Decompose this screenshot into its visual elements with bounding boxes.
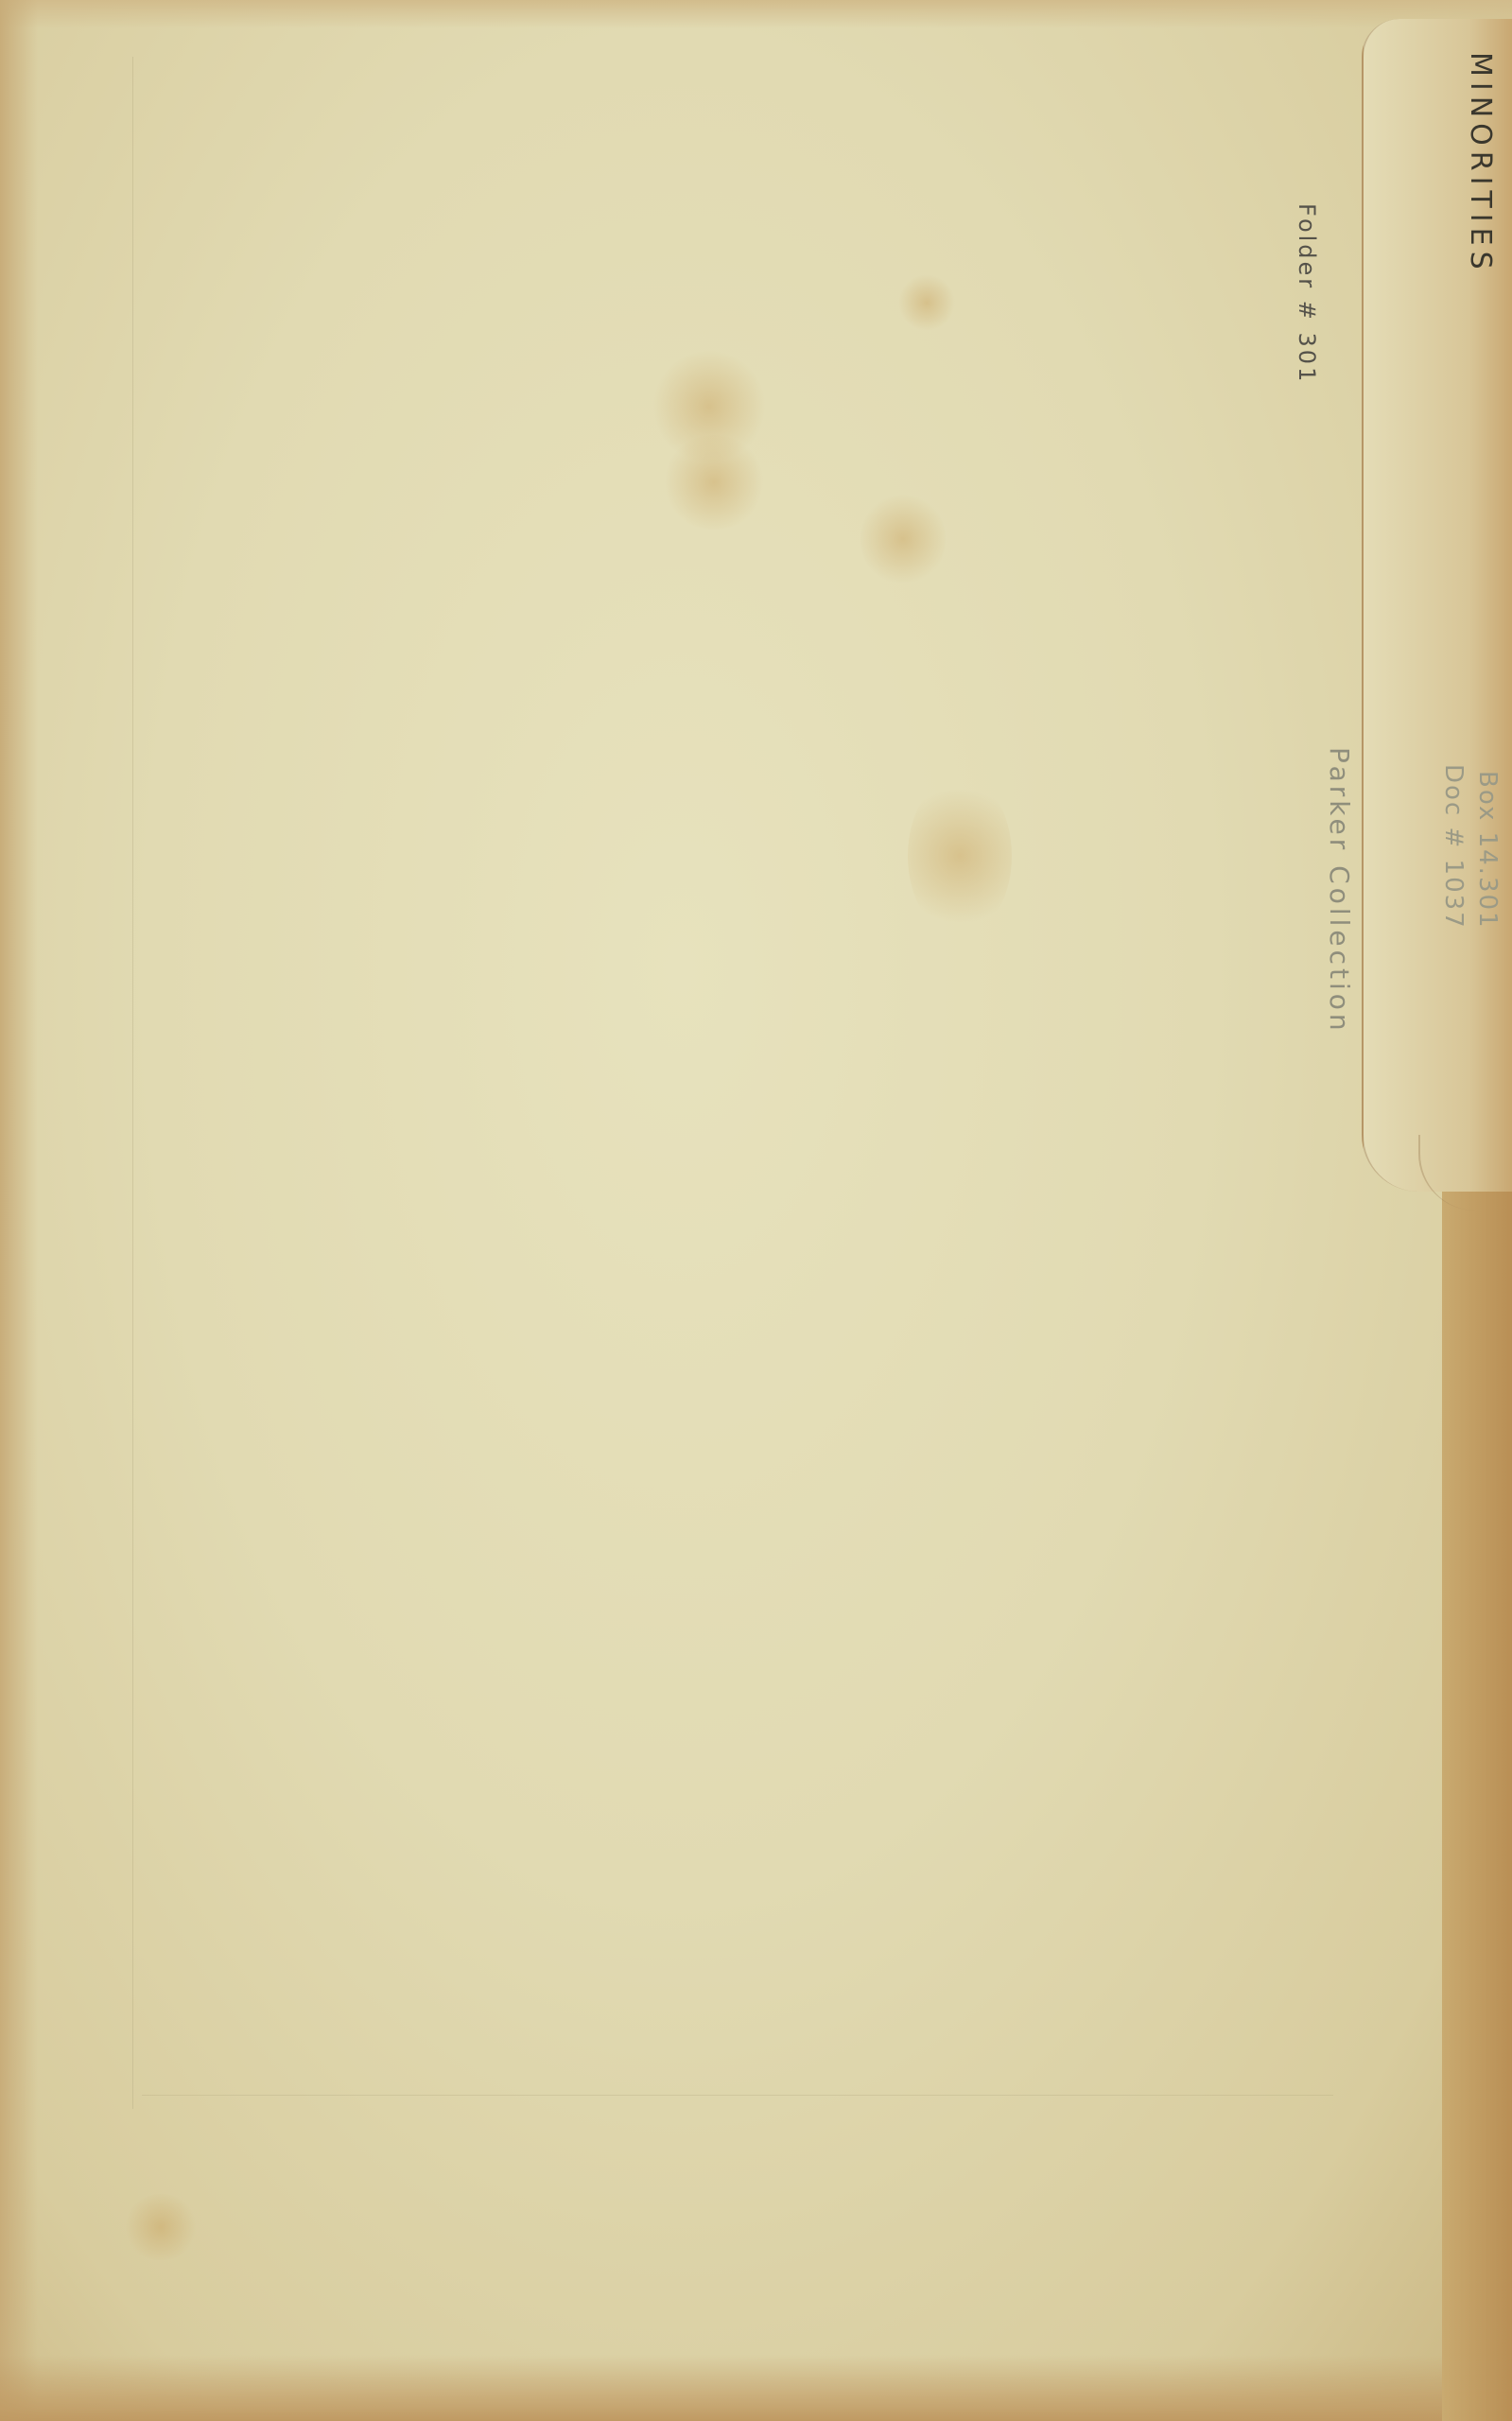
fold-crease-horizontal xyxy=(142,2095,1333,2096)
folder-number-note: Folder # 301 xyxy=(1294,203,1320,384)
collection-note: Parker Collection xyxy=(1324,747,1355,1035)
foxing-spot xyxy=(898,274,955,331)
box-reference-note: Box 14.301 xyxy=(1473,771,1502,930)
tab-label: MINORITIES xyxy=(1464,52,1497,275)
foxing-spot xyxy=(662,435,766,530)
doc-reference-note: Doc # 1037 xyxy=(1439,764,1468,930)
foxing-spot xyxy=(860,492,946,586)
folder-back-edge xyxy=(1442,1192,1512,2421)
fold-crease-vertical xyxy=(132,57,133,2109)
folder-tab-cut xyxy=(1418,1135,1512,1210)
top-edge-stain xyxy=(0,0,1512,28)
left-edge-stain xyxy=(0,0,38,2421)
foxing-spot xyxy=(908,775,1012,936)
foxing-spot xyxy=(123,2194,199,2260)
bottom-edge-stain xyxy=(0,2355,1512,2421)
folder-cover: MINORITIES Folder # 301 Box 14.301 Doc #… xyxy=(0,0,1512,2421)
